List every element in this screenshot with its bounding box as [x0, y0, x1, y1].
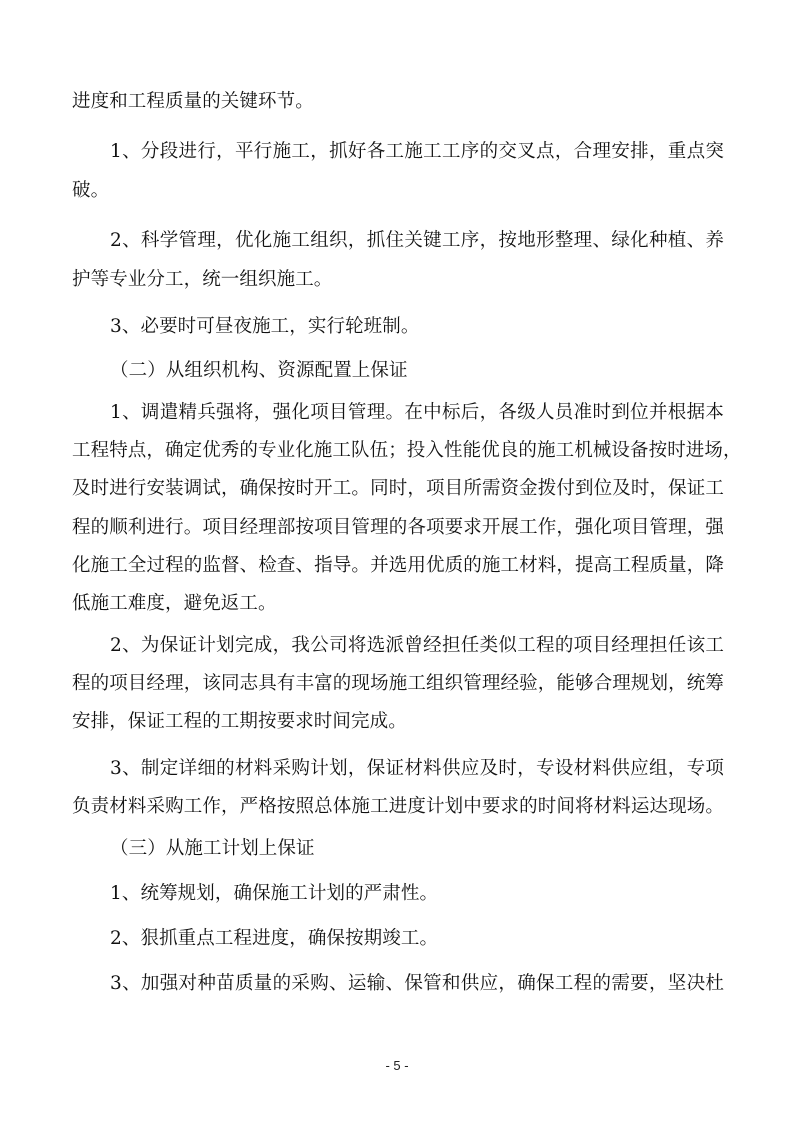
paragraph-line: 3、制定详细的材料采购计划，保证材料供应及时，专设材料供应组，专项	[110, 758, 724, 780]
paragraph-line: 破。	[72, 180, 109, 202]
page-number: - 5 -	[0, 1058, 794, 1073]
paragraph-line: 1、统筹规划，确保施工计划的严肃性。	[110, 883, 438, 905]
paragraph-line: 低施工难度，避免返工。	[72, 593, 277, 615]
paragraph-line: 负责材料采购工作，严格按照总体施工进度计划中要求的时间将材料运达现场。	[72, 796, 724, 818]
section-heading: （三）从施工计划上保证	[110, 838, 315, 860]
paragraph-line: 安排，保证工程的工期按要求时间完成。	[72, 711, 407, 733]
paragraph-line: 2、科学管理，优化施工组织，抓住关键工序，按地形整理、绿化种植、养	[110, 230, 724, 252]
paragraph-line: 程的顺利进行。项目经理部按项目管理的各项要求开展工作，强化项目管理，强	[72, 517, 724, 539]
paragraph-line: 1、分段进行，平行施工，抓好各工施工工序的交叉点，合理安排，重点突	[110, 141, 724, 163]
paragraph-line: 3、加强对种苗质量的采购、运输、保管和供应，确保工程的需要，坚决杜	[110, 973, 724, 995]
paragraph-line: 护等专业分工，统一组织施工。	[72, 269, 332, 291]
paragraph-line: 程的项目经理，该同志具有丰富的现场施工组织管理经验，能够合理规划，统筹	[72, 673, 724, 695]
paragraph-line: 1、调遣精兵强将，强化项目管理。在中标后，各级人员准时到位并根据本	[110, 402, 724, 424]
paragraph-line: 化施工全过程的监督、检查、指导。并选用优质的施工材料，提高工程质量，降	[72, 555, 724, 577]
paragraph-line: 工程特点，确定优秀的专业化施工队伍；投入性能优良的施工机械设备按时进场，	[72, 440, 724, 462]
paragraph-line: 2、为保证计划完成，我公司将选派曾经担任类似工程的项目经理担任该工	[110, 635, 724, 657]
paragraph-line: 3、必要时可昼夜施工，实行轮班制。	[110, 316, 419, 338]
paragraph-line: 2、狠抓重点工程进度，确保按期竣工。	[110, 928, 438, 950]
section-heading: （二）从组织机构、资源配置上保证	[110, 360, 408, 382]
paragraph-line: 进度和工程质量的关键环节。	[72, 91, 314, 113]
paragraph-line: 及时进行安装调试，确保按时开工。同时，项目所需资金拨付到位及时，保证工	[72, 478, 724, 500]
